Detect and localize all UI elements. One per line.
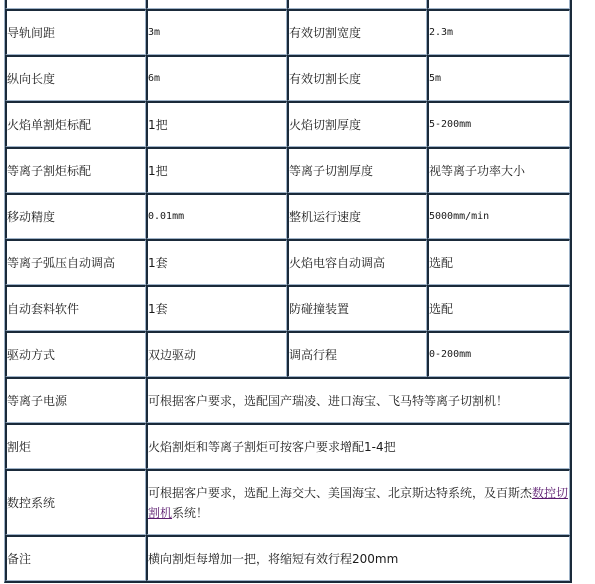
spec-label: 自动套料软件: [5, 285, 146, 331]
spec-value: 3m: [146, 9, 287, 55]
spec-value: 6m: [146, 55, 287, 101]
table-cell: [427, 0, 570, 9]
spec-value: 1把: [146, 147, 287, 193]
spec-label: 等离子弧压自动调高: [5, 239, 146, 285]
table-row: 数控系统 可根据客户要求，选配上海交大、美国海宝、北京斯达特系统，及百斯杰数控切…: [5, 469, 570, 535]
spec-label: 数控系统: [5, 469, 146, 535]
table-row: 备注 横向割炬每增加一把，将缩短有效行程200mm: [5, 535, 570, 581]
spec-value: 5000mm/min: [427, 193, 570, 239]
spec-label: 整机运行速度: [287, 193, 427, 239]
spec-label: 有效切割宽度: [287, 9, 427, 55]
table-row: 火焰单割炬标配 1把 火焰切割厚度 5-200mm: [5, 101, 570, 147]
spec-table-container: 导轨间距 3m 有效切割宽度 2.3m 纵向长度 6m 有效切割长度 5m 火焰…: [4, 0, 569, 583]
table-row: 纵向长度 6m 有效切割长度 5m: [5, 55, 570, 101]
spec-description: 可根据客户要求，选配上海交大、美国海宝、北京斯达特系统，及百斯杰数控切割机系统！: [146, 469, 570, 535]
spec-label: 有效切割长度: [287, 55, 427, 101]
table-row: 等离子电源 可根据客户要求，选配国产瑞凌、进口海宝、飞马特等离子切割机！: [5, 377, 570, 423]
spec-label: 火焰电容自动调高: [287, 239, 427, 285]
spec-label: 纵向长度: [5, 55, 146, 101]
table-row: 自动套料软件 1套 防碰撞装置 选配: [5, 285, 570, 331]
spec-label: 备注: [5, 535, 146, 581]
spec-label: 调高行程: [287, 331, 427, 377]
spec-value: 0.01mm: [146, 193, 287, 239]
description-text: 可根据客户要求，选配上海交大、美国海宝、北京斯达特系统，及百斯杰: [148, 486, 532, 500]
table-row: 割炬 火焰割炬和等离子割炬可按客户要求增配1-4把: [5, 423, 570, 469]
spec-label: 火焰切割厚度: [287, 101, 427, 147]
spec-label: 等离子切割厚度: [287, 147, 427, 193]
table-row: 等离子割炬标配 1把 等离子切割厚度 视等离子功率大小: [5, 147, 570, 193]
spec-description: 可根据客户要求，选配国产瑞凌、进口海宝、飞马特等离子切割机！: [146, 377, 570, 423]
spec-description: 横向割炬每增加一把，将缩短有效行程200mm: [146, 535, 570, 581]
spec-label: 驱动方式: [5, 331, 146, 377]
spec-label: 等离子割炬标配: [5, 147, 146, 193]
spec-value: 1套: [146, 239, 287, 285]
spec-label: 移动精度: [5, 193, 146, 239]
spec-label: 火焰单割炬标配: [5, 101, 146, 147]
spec-value: 双边驱动: [146, 331, 287, 377]
spec-value: 2.3m: [427, 9, 570, 55]
spec-label: 导轨间距: [5, 9, 146, 55]
spec-value: 0-200mm: [427, 331, 570, 377]
spec-value: 1套: [146, 285, 287, 331]
table-row: 驱动方式 双边驱动 调高行程 0-200mm: [5, 331, 570, 377]
spec-label: 割炬: [5, 423, 146, 469]
table-cell: [146, 0, 287, 9]
table-row: [5, 0, 570, 9]
spec-value: 5m: [427, 55, 570, 101]
table-cell: [287, 0, 427, 9]
table-cell: [5, 0, 146, 9]
spec-value: 1把: [146, 101, 287, 147]
spec-value: 选配: [427, 239, 570, 285]
spec-value: 视等离子功率大小: [427, 147, 570, 193]
spec-value: 5-200mm: [427, 101, 570, 147]
description-text: 系统！: [172, 506, 208, 520]
spec-table: 导轨间距 3m 有效切割宽度 2.3m 纵向长度 6m 有效切割长度 5m 火焰…: [4, 0, 572, 583]
table-row: 移动精度 0.01mm 整机运行速度 5000mm/min: [5, 193, 570, 239]
spec-description: 火焰割炬和等离子割炬可按客户要求增配1-4把: [146, 423, 570, 469]
spec-value: 选配: [427, 285, 570, 331]
spec-label: 等离子电源: [5, 377, 146, 423]
table-row: 导轨间距 3m 有效切割宽度 2.3m: [5, 9, 570, 55]
table-row: 等离子弧压自动调高 1套 火焰电容自动调高 选配: [5, 239, 570, 285]
spec-label: 防碰撞装置: [287, 285, 427, 331]
